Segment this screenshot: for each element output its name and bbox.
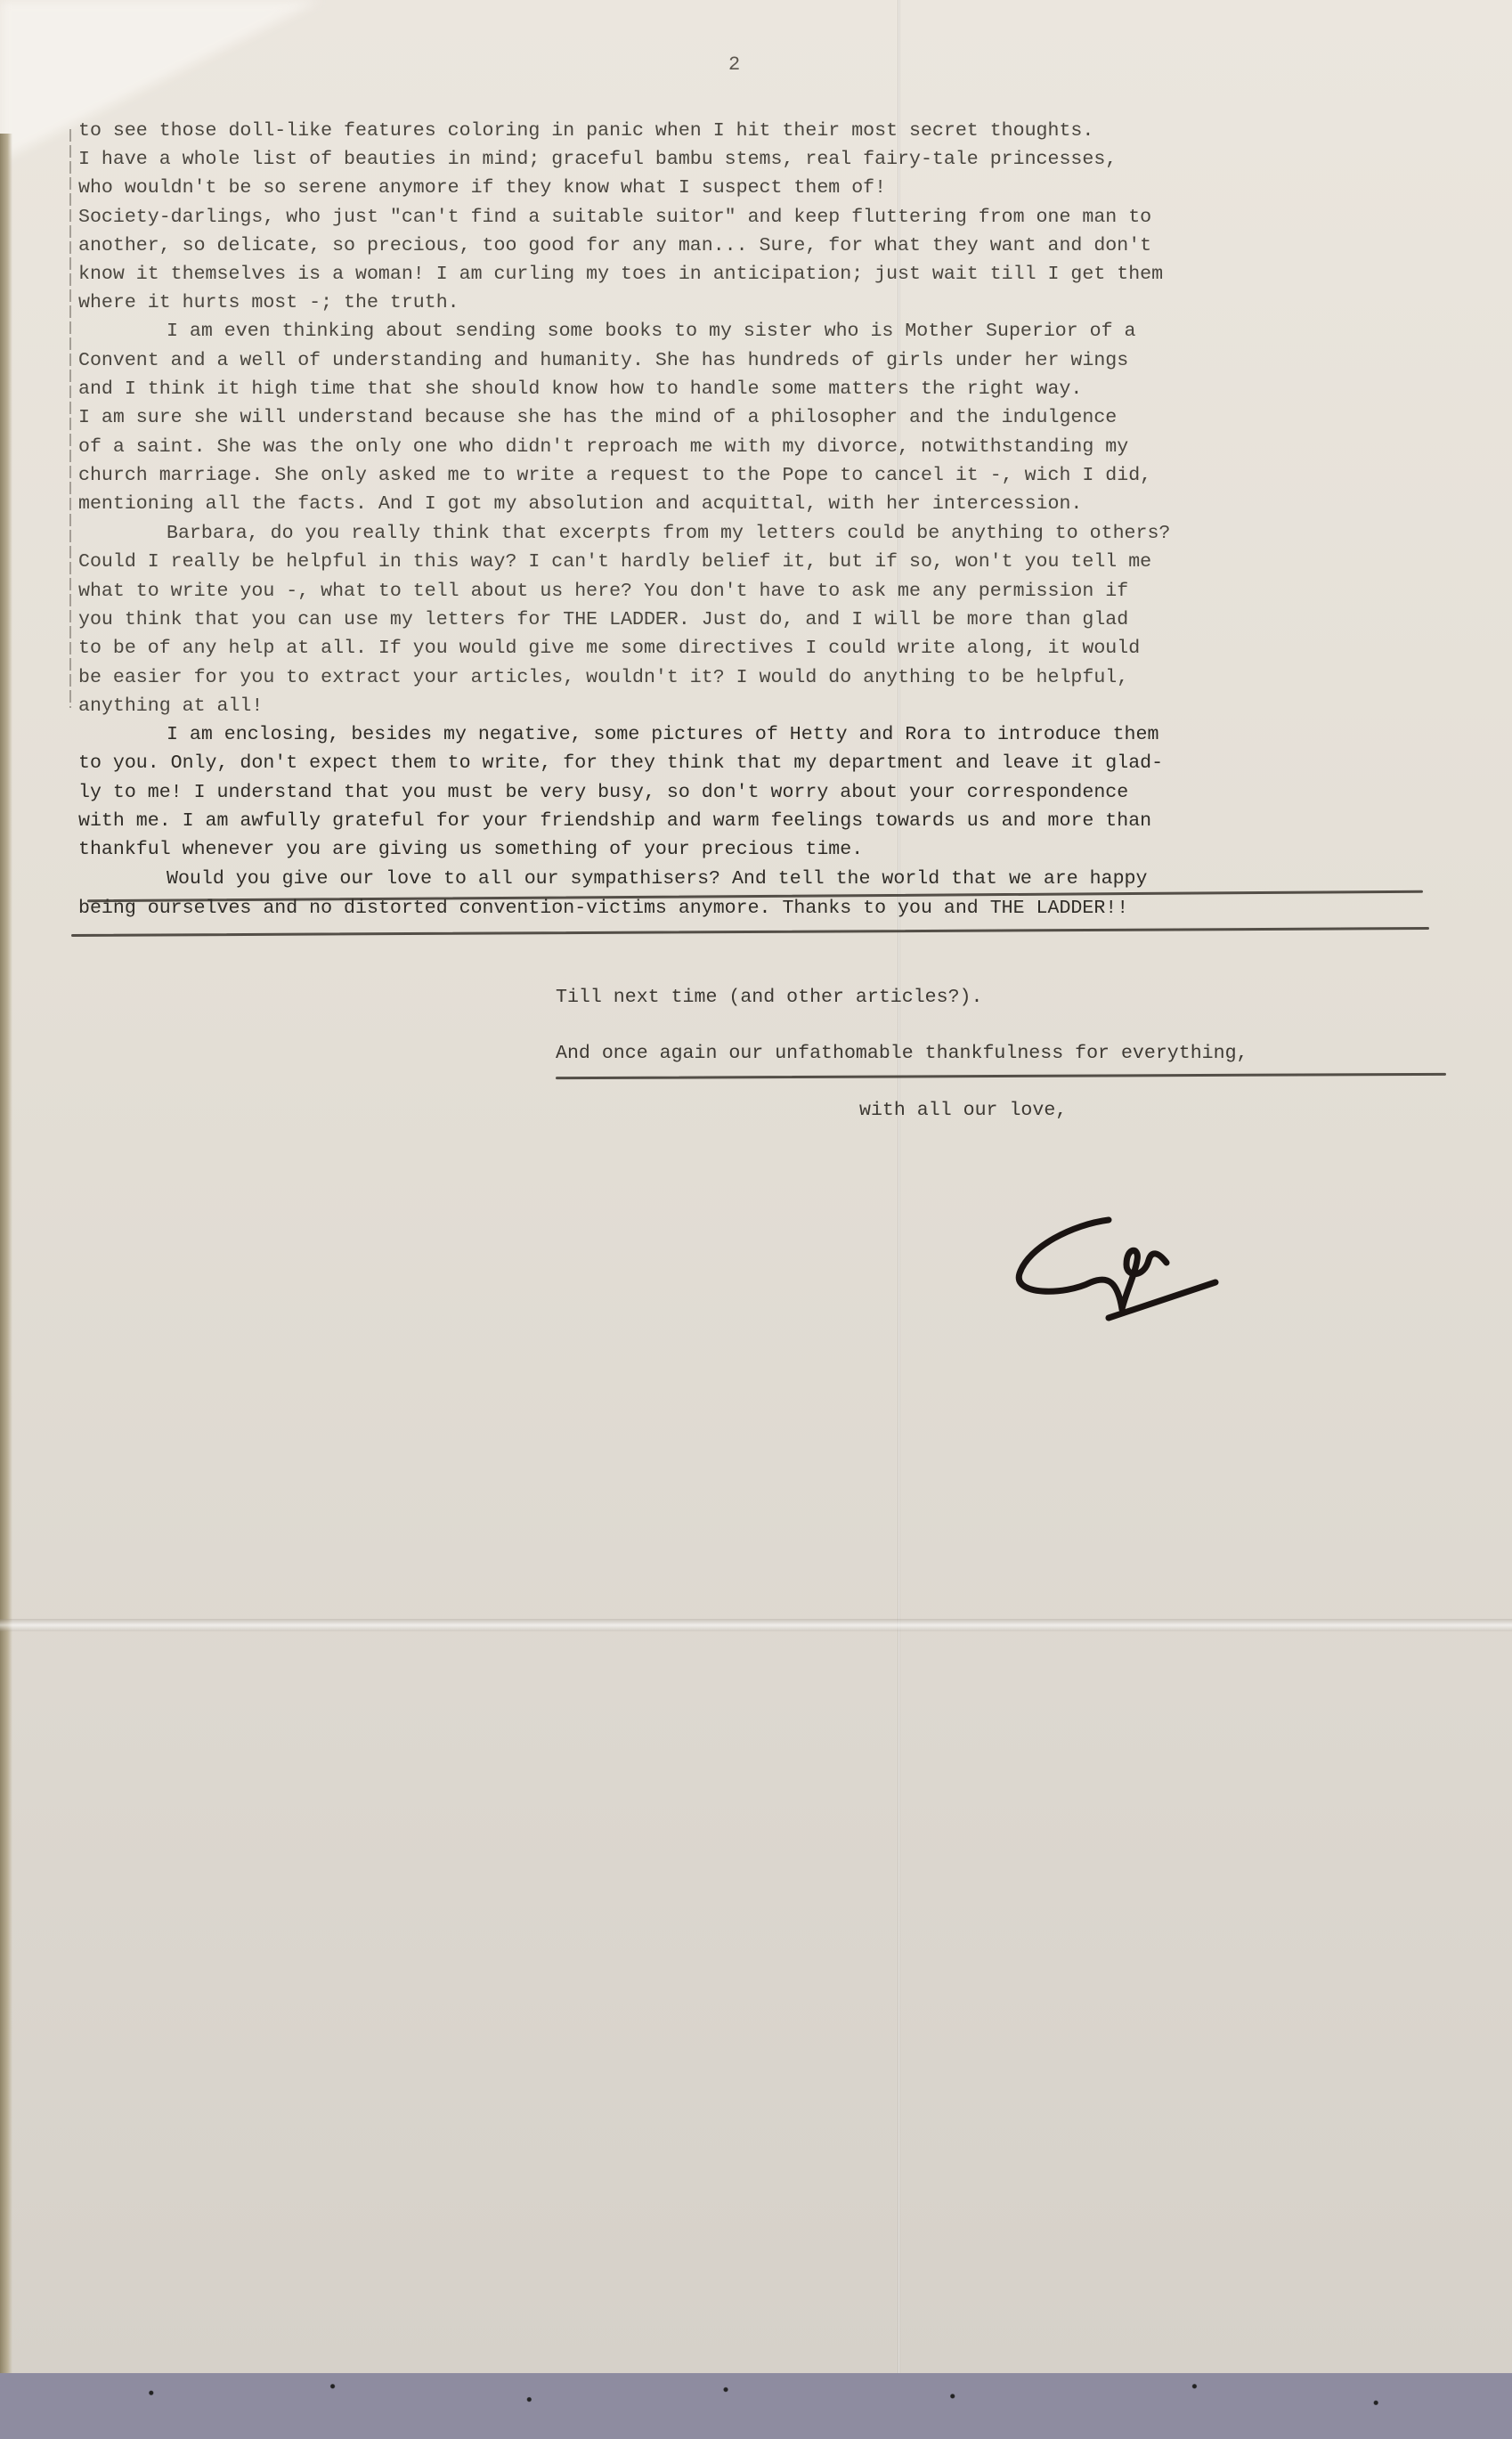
text-line: I am sure she will understand because sh…	[78, 405, 1117, 430]
page-number: 2	[728, 53, 740, 76]
text-line: Convent and a well of understanding and …	[78, 348, 1128, 373]
text-line: of a saint. She was the only one who did…	[78, 435, 1128, 459]
text-line: thankful whenever you are giving us some…	[78, 837, 863, 862]
paper-left-edge	[0, 134, 12, 2373]
text-line: to be of any help at all. If you would g…	[78, 636, 1140, 661]
text-line: another, so delicate, so precious, too g…	[78, 233, 1151, 258]
text-line: who wouldn't be so serene anymore if the…	[78, 175, 886, 200]
closing-line: And once again our unfathomable thankful…	[556, 1041, 1248, 1066]
signature-icon	[993, 1193, 1224, 1327]
underlined-text-line: being ourselves and no distorted convent…	[78, 896, 1128, 921]
text-line: ly to me! I understand that you must be …	[78, 780, 1128, 805]
underlined-text-line: Would you give our love to all our sympa…	[78, 866, 1147, 891]
text-line: with me. I am awfully grateful for your …	[78, 809, 1151, 833]
text-line: be easier for you to extract your articl…	[78, 665, 1128, 690]
text-line: anything at all!	[78, 694, 263, 719]
handwritten-signature	[993, 1193, 1224, 1327]
text-line: mentioning all the facts. And I got my a…	[78, 492, 1082, 516]
text-line: I am enclosing, besides my negative, som…	[78, 722, 1158, 747]
text-line: what to write you -, what to tell about …	[78, 579, 1128, 604]
closing-line: with all our love,	[859, 1098, 1067, 1123]
text-line: and I think it high time that she should…	[78, 377, 1082, 402]
text-line: to you. Only, don't expect them to write…	[78, 751, 1163, 776]
text-line: to see those doll-like features coloring…	[78, 118, 1093, 143]
text-line: church marriage. She only asked me to wr…	[78, 463, 1151, 488]
scanner-background-strip	[0, 2373, 1512, 2439]
text-line: where it hurts most -; the truth.	[78, 290, 459, 315]
text-line: I am even thinking about sending some bo…	[78, 319, 1136, 344]
text-line: Could I really be helpful in this way? I…	[78, 549, 1151, 574]
text-line: Society-darlings, who just "can't find a…	[78, 205, 1151, 230]
text-line: you think that you can use my letters fo…	[78, 607, 1128, 632]
text-line: I have a whole list of beauties in mind;…	[78, 147, 1117, 172]
margin-bracket-line	[69, 129, 71, 708]
horizontal-fold-crease	[0, 1619, 1512, 1631]
closing-line: Till next time (and other articles?).	[556, 985, 982, 1010]
text-line: know it themselves is a woman! I am curl…	[78, 262, 1163, 287]
text-line: Barbara, do you really think that excerp…	[78, 521, 1170, 546]
